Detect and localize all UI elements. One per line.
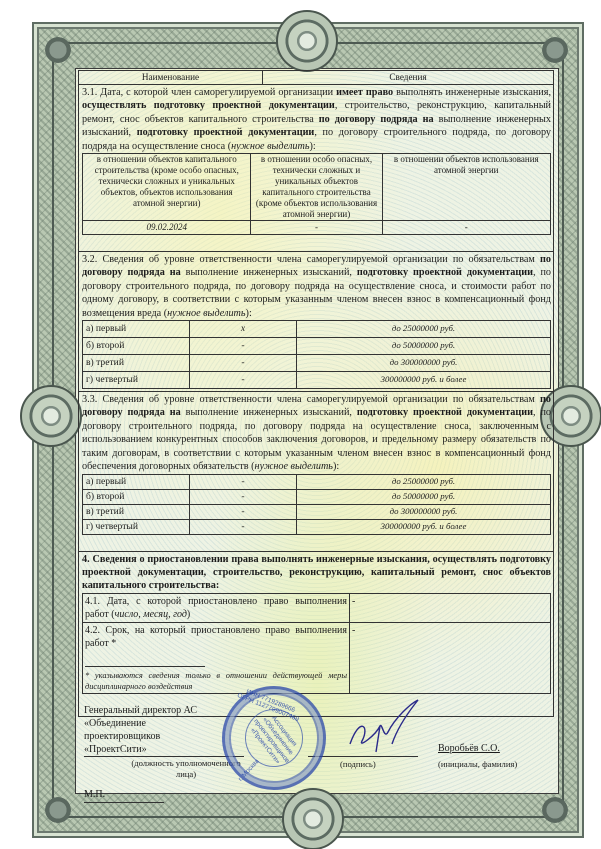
name-caption: (инициалы, фамилия)	[438, 758, 517, 771]
value-hazardous: -	[251, 221, 382, 235]
corner-ornament-icon	[38, 30, 78, 70]
level-amount: до 50000000 руб.	[297, 489, 551, 504]
document-content: Наименование Сведения 3.1. Дата, с котор…	[78, 70, 554, 717]
rosette-ornament-icon	[282, 788, 344, 849]
section-4-table: 4.1. Дата, с которой приостановлено прав…	[82, 593, 551, 694]
level-amount: до 300000000 руб.	[297, 355, 551, 372]
level-label: б) второй	[83, 338, 190, 355]
corner-ornament-icon	[38, 790, 78, 830]
level-mark: -	[190, 372, 297, 389]
level-label: б) второй	[83, 489, 190, 504]
signer-position: Генеральный директор АС «Объединение про…	[84, 704, 214, 756]
value-capital: 09.02.2024	[83, 221, 251, 235]
section-3-1-table: в отношении объектов капитального строит…	[82, 153, 551, 235]
suspension-date-value: -	[350, 593, 551, 622]
level-mark: -	[190, 355, 297, 372]
header-name: Наименование	[79, 71, 263, 84]
section-3-3: 3.3. Сведения об уровне ответственности …	[78, 392, 554, 551]
footnote: * указываются сведения только в отношени…	[85, 670, 347, 692]
value-atomic: -	[382, 221, 551, 235]
level-label: а) первый	[83, 321, 190, 338]
rosette-ornament-icon	[276, 10, 338, 72]
level-mark: x	[190, 321, 297, 338]
level-label: в) третий	[83, 504, 190, 519]
seal-place: М.П.	[84, 788, 105, 801]
level-row: б) второй-до 50000000 руб.	[83, 338, 551, 355]
level-row: г) четвертый-300000000 руб. и более	[83, 519, 551, 534]
handwritten-signature-icon	[340, 696, 440, 756]
suspension-term-label: 4.2. Срок, на который приостановлено пра…	[83, 622, 350, 693]
level-label: а) первый	[83, 474, 190, 489]
level-row: в) третий-до 300000000 руб.	[83, 355, 551, 372]
level-mark: -	[190, 338, 297, 355]
level-row: а) первыйxдо 25000000 руб.	[83, 321, 551, 338]
section-3-2: 3.2. Сведения об уровне ответственности …	[78, 252, 554, 392]
level-amount: 300000000 руб. и более	[297, 372, 551, 389]
level-row: в) третий-до 300000000 руб.	[83, 504, 551, 519]
table-header: Наименование Сведения	[78, 70, 554, 85]
section-4-title: 4. Сведения о приостановлении права выпо…	[82, 553, 551, 593]
col-hazardous: в отношении особо опасных, технически сл…	[251, 154, 382, 221]
stamp-city: г. Москва	[237, 758, 261, 783]
level-mark: -	[190, 504, 297, 519]
level-row: г) четвертый-300000000 руб. и более	[83, 372, 551, 389]
level-row: а) первый-до 25000000 руб.	[83, 474, 551, 489]
header-info: Сведения	[263, 71, 553, 84]
level-amount: до 25000000 руб.	[297, 321, 551, 338]
suspension-term-value: -	[350, 622, 551, 693]
signer-name: Воробьёв С.О.	[438, 742, 500, 755]
section-3-2-levels: а) первыйxдо 25000000 руб.б) второй-до 5…	[82, 320, 551, 389]
level-row: б) второй-до 50000000 руб.	[83, 489, 551, 504]
level-mark: -	[190, 474, 297, 489]
section-3-3-text: 3.3. Сведения об уровне ответственности …	[82, 393, 551, 473]
level-mark: -	[190, 489, 297, 504]
section-3-2-text: 3.2. Сведения об уровне ответственности …	[82, 253, 551, 320]
corner-ornament-icon	[535, 790, 575, 830]
section-3-1: 3.1. Дата, с которой член саморегулируем…	[78, 85, 554, 252]
level-amount: 300000000 руб. и более	[297, 519, 551, 534]
level-mark: -	[190, 519, 297, 534]
rosette-ornament-icon	[20, 385, 82, 447]
section-3-3-levels: а) первый-до 25000000 руб.б) второй-до 5…	[82, 474, 551, 535]
level-label: г) четвертый	[83, 372, 190, 389]
signature-caption: (подпись)	[340, 758, 376, 771]
section-3-1-text: 3.1. Дата, с которой член саморегулируем…	[82, 86, 551, 153]
level-label: г) четвертый	[83, 519, 190, 534]
col-atomic: в отношении объектов использования атомн…	[382, 154, 551, 221]
suspension-date-label: 4.1. Дата, с которой приостановлено прав…	[83, 593, 350, 622]
level-amount: до 50000000 руб.	[297, 338, 551, 355]
level-label: в) третий	[83, 355, 190, 372]
level-amount: до 25000000 руб.	[297, 474, 551, 489]
col-capital: в отношении объектов капитального строит…	[83, 154, 251, 221]
corner-ornament-icon	[535, 30, 575, 70]
section-4: 4. Сведения о приостановлении права выпо…	[78, 552, 554, 717]
level-amount: до 300000000 руб.	[297, 504, 551, 519]
